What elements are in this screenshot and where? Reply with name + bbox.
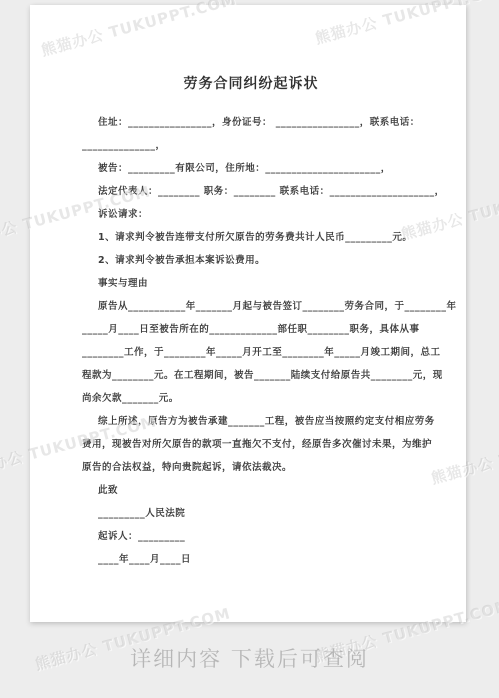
- document-line: 尚余欠款_______元。: [82, 394, 420, 404]
- document-page: 劳务合同纠纷起诉状 住址：________________，身份证号： ____…: [30, 5, 466, 622]
- document-line: 程款为________元。在工程期间，被告_______陆续支付给原告共____…: [82, 371, 420, 381]
- footer-notice-text: 详细内容 下载后可查阅: [0, 644, 499, 674]
- document-line: 住址：________________，身份证号： ______________…: [82, 118, 420, 128]
- document-line: 1、请求判令被告连带支付所欠原告的劳务费共计人民币_________元。: [82, 233, 420, 243]
- document-line: 起诉人：_________: [82, 532, 420, 542]
- document-preview: 劳务合同纠纷起诉状 住址：________________，身份证号： ____…: [0, 0, 499, 698]
- document-line: 诉讼请求：: [82, 210, 420, 220]
- document-line: 被告：_________有限公司，住所地：___________________…: [82, 164, 420, 174]
- document-line: 综上所述，原告方为被告承建_______工程，被告应当按照约定支付相应劳务: [82, 417, 420, 427]
- document-title: 劳务合同纠纷起诉状: [82, 75, 420, 93]
- document-line: 事实与理由: [82, 279, 420, 289]
- document-line: 原告的合法权益，特向贵院起诉，请依法裁决。: [82, 463, 420, 473]
- document-line: 原告从___________年_______月起与被告签订________劳务合…: [82, 302, 420, 312]
- document-line: ______________，: [82, 141, 420, 151]
- document-line: ____年____月____日: [82, 555, 420, 565]
- document-line: _________人民法院: [82, 509, 420, 519]
- document-line: _____月____日至被告所在的_____________部任职_______…: [82, 325, 420, 335]
- document-line: 此致: [82, 486, 420, 496]
- document-line: 法定代表人：________ 职务：________ 联系电话：________…: [82, 187, 420, 197]
- document-body: 住址：________________，身份证号： ______________…: [82, 118, 420, 565]
- document-line: 2、请求判令被告承担本案诉讼费用。: [82, 256, 420, 266]
- document-line: ________工作，于________年_____月开工至________年_…: [82, 348, 420, 358]
- document-line: 费用，现被告对所欠原告的款项一直拖欠不支付，经原告多次催讨未果，为维护: [82, 440, 420, 450]
